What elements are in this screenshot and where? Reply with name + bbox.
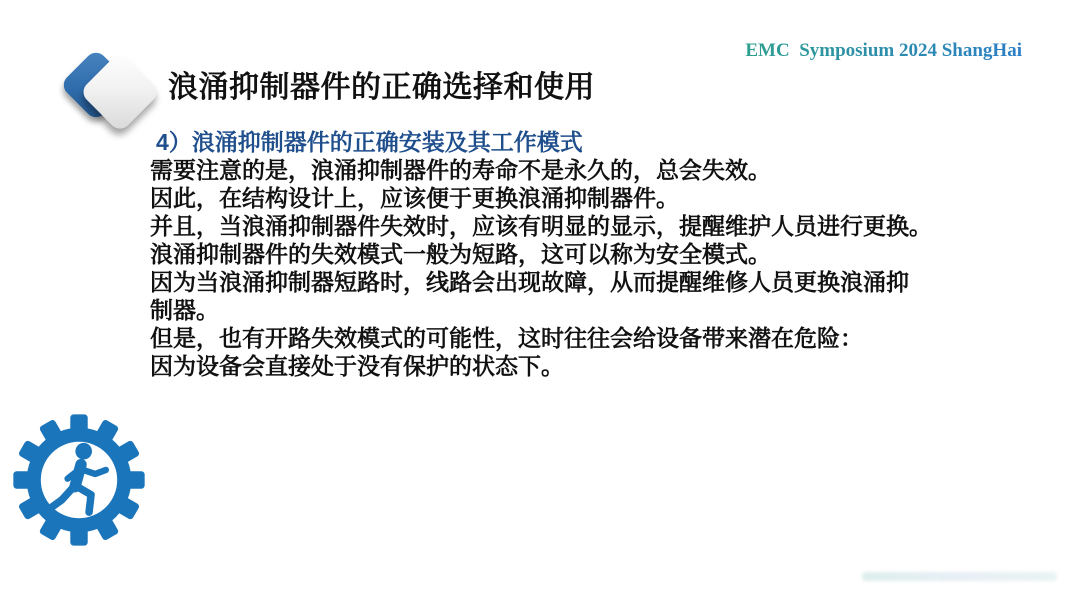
presentation-slide: EMC Symposium 2024 ShangHai 浪涌抑制器件的正确选择和… [0,0,1080,611]
body-line: 因为设备会直接处于没有保护的状态下。 [150,352,1030,380]
body-line: 制器。 [150,296,1030,324]
body-line: 需要注意的是，浪涌抑制器件的寿命不是永久的，总会失效。 [150,156,1030,184]
body-line: 并且，当浪涌抑制器件失效时，应该有明显的显示，提醒维护人员进行更换。 [150,212,1030,240]
slide-title: 浪涌抑制器件的正确选择和使用 [168,62,595,106]
body-line: 但是，也有开路失效模式的可能性，这时往往会给设备带来潜在危险： [150,324,1030,352]
gear-icon [12,413,146,547]
section-subtitle: 4）浪涌抑制器件的正确安装及其工作模式 [156,124,583,157]
body-line: 因此，在结构设计上，应该便于更换浪涌抑制器件。 [150,184,1030,212]
faint-watermark [862,572,1057,581]
body-line: 因为当浪涌抑制器短路时，线路会出现故障，从而提醒维修人员更换浪涌抑 [150,268,1030,296]
body-line: 浪涌抑制器件的失效模式一般为短路，这可以称为安全模式。 [150,240,1030,268]
conference-label: EMC Symposium 2024 ShangHai [745,40,1022,62]
diamond-logo-icon [55,48,165,138]
body-text-block: 需要注意的是，浪涌抑制器件的寿命不是永久的，总会失效。 因此，在结构设计上，应该… [150,156,1030,380]
gear-running-icon [12,413,146,547]
